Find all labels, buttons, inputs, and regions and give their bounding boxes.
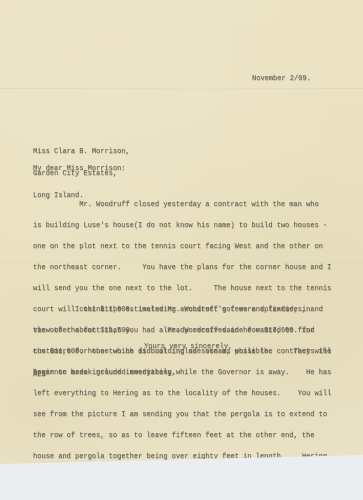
typed-line: the row of trees, so as to leave fifteen… [33,433,335,440]
typed-line: one on the plot next to the tennis court… [33,244,335,251]
typed-line: knows all about it and the Governor thin… [33,475,335,482]
typed-line: the northeast corner. You have the plans… [33,265,335,272]
body-paragraph-2: I think the estimates Mr. Woodruff got w… [33,293,331,391]
typed-line: view of the fact that you had already re… [33,328,331,335]
typed-line: Mr. Woodruff closed yesterday a contract… [33,202,335,209]
closing-line: Yours very sincerely, [144,344,232,351]
salutation: My dear Miss Morrison: [33,166,125,173]
paper-crease [0,88,363,89]
typed-line: left everything to Hering as to the loca… [33,391,335,398]
typed-line: I think the estimates Mr. Woodruff got w… [33,307,331,314]
typed-line: house and pergola together being over ei… [33,454,335,461]
address-line: Miss Clara B. Morrison, [33,149,130,156]
typed-line: will send you the one next to the lot. T… [33,286,335,293]
typed-line: Governor made included everything. [33,370,331,377]
letter-paper: November 2/09. Miss Clara B. Morrison, G… [0,0,363,466]
typed-line: is building Luse's house(I do not know h… [33,223,335,230]
letter-date: November 2/09. [252,76,311,83]
typist-initials: AES [33,372,46,379]
scanned-letter: November 2/09. Miss Clara B. Morrison, G… [0,0,363,500]
typed-line: see from the picture I am sending you th… [33,412,335,419]
